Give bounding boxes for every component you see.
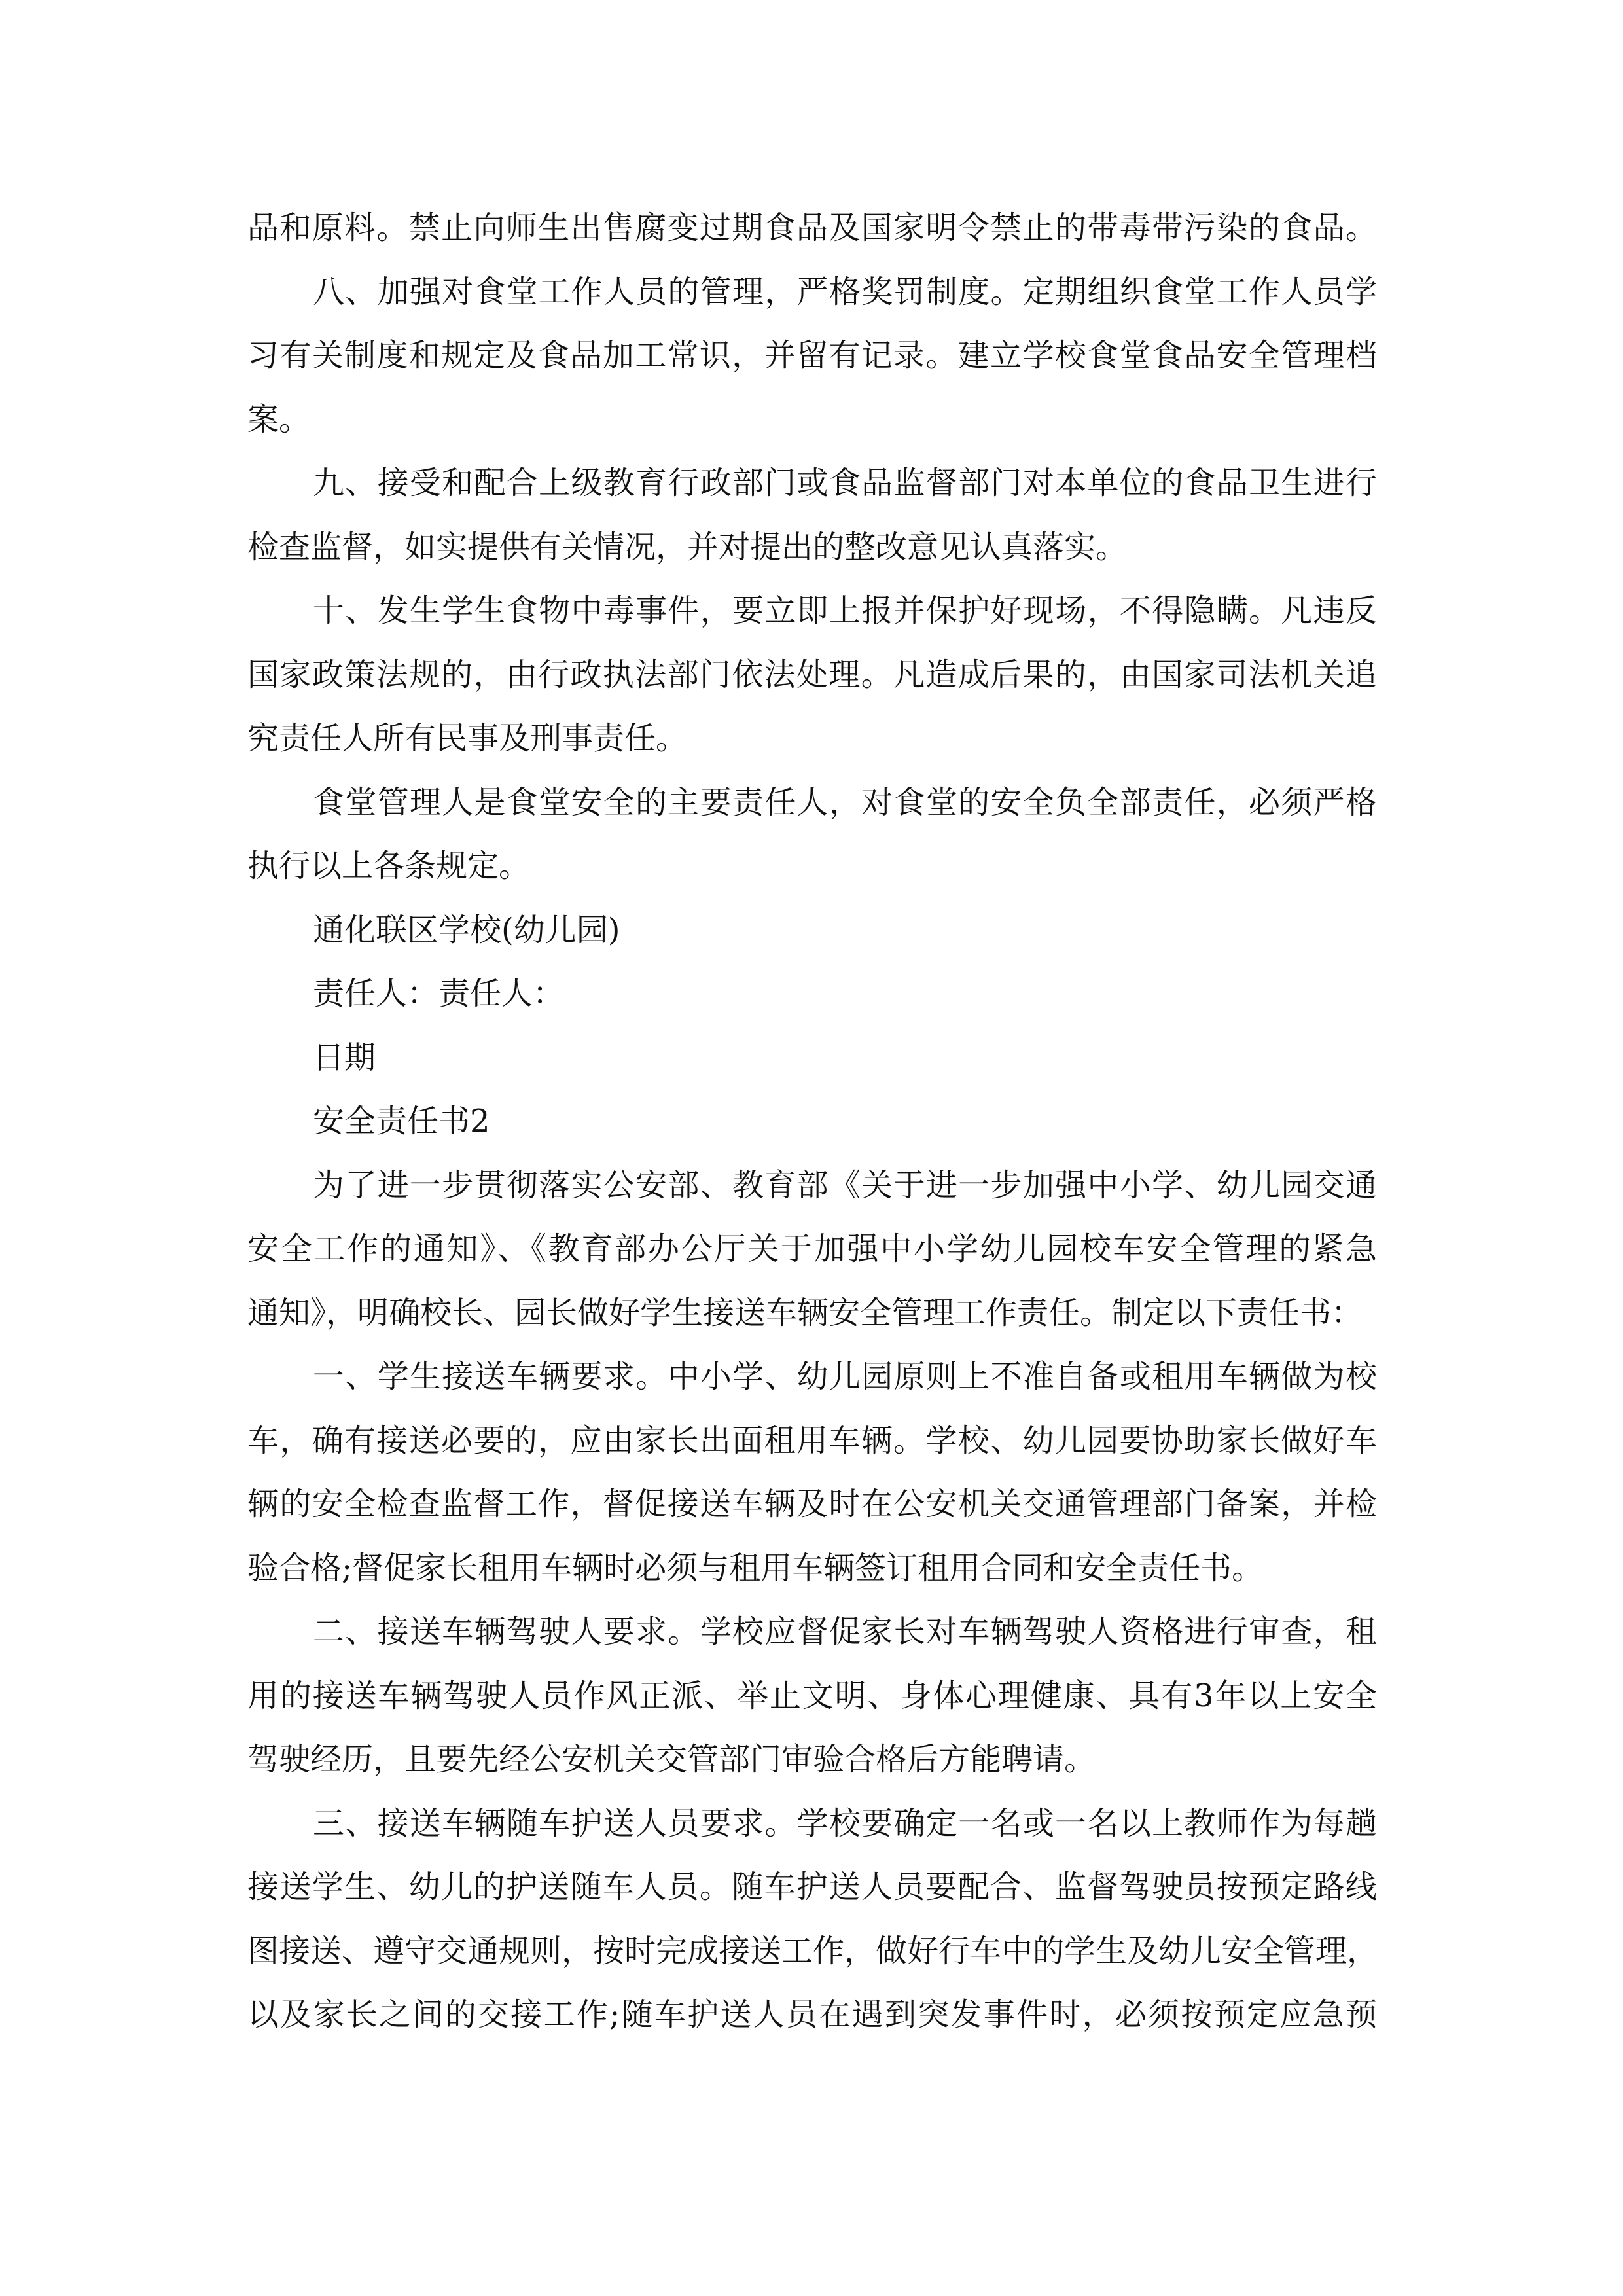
- text-line: 以及家长之间的交接工作;随车护送人员在遇到突发事件时，必须按预定应急预: [247, 1983, 1377, 2047]
- text-line: 接送学生、幼儿的护送随车人员。随车护送人员要配合、监督驾驶员按预定路线: [247, 1856, 1377, 1920]
- responsible-person-label: 责任人：责任人：: [247, 962, 1377, 1026]
- text-line: 食堂管理人是食堂安全的主要责任人，对食堂的安全负全部责任，必须严格: [247, 771, 1377, 835]
- text-line: 究责任人所有民事及刑事责任。: [247, 707, 1377, 771]
- text-line: 安全工作的通知》、《教育部办公厅关于加强中小学幼儿园校车安全管理的紧急: [247, 1217, 1377, 1282]
- text-line: 品和原料。禁止向师生出售腐变过期食品及国家明令禁止的带毒带污染的食品。: [247, 196, 1377, 260]
- text-line: 辆的安全检查监督工作，督促接送车辆及时在公安机关交通管理部门备案，并检: [247, 1473, 1377, 1537]
- text-line: 为了进一步贯彻落实公安部、教育部《关于进一步加强中小学、幼儿园交通: [247, 1154, 1377, 1218]
- text-line: 案。: [247, 388, 1377, 452]
- text-line: 用的接送车辆驾驶人员作风正派、举止文明、身体心理健康、具有3年以上安全: [247, 1664, 1377, 1729]
- text-line: 图接送、遵守交通规则，按时完成接送工作，做好行车中的学生及幼儿安全管理，: [247, 1920, 1377, 1984]
- text-line: 一、学生接送车辆要求。中小学、幼儿园原则上不准自备或租用车辆做为校: [247, 1345, 1377, 1409]
- text-line: 驾驶经历，且要先经公安机关交管部门审验合格后方能聘请。: [247, 1728, 1377, 1792]
- document-page: 品和原料。禁止向师生出售腐变过期食品及国家明令禁止的带毒带污染的食品。 八、加强…: [247, 196, 1377, 2047]
- text-line: 车，确有接送必要的，应由家长出面租用车辆。学校、幼儿园要协助家长做好车: [247, 1409, 1377, 1473]
- text-line: 验合格;督促家长租用车辆时必须与租用车辆签订租用合同和安全责任书。: [247, 1537, 1377, 1601]
- text-line: 十、发生学生食物中毒事件，要立即上报并保护好现场，不得隐瞒。凡违反: [247, 579, 1377, 643]
- section-title: 安全责任书2: [247, 1090, 1377, 1154]
- text-line: 检查监督，如实提供有关情况，并对提出的整改意见认真落实。: [247, 516, 1377, 580]
- text-line: 八、加强对食堂工作人员的管理，严格奖罚制度。定期组织食堂工作人员学: [247, 260, 1377, 325]
- text-line: 通知》，明确校长、园长做好学生接送车辆安全管理工作责任。制定以下责任书：: [247, 1282, 1377, 1346]
- text-line: 执行以上各条规定。: [247, 834, 1377, 899]
- text-line: 习有关制度和规定及食品加工常识，并留有记录。建立学校食堂食品安全管理档: [247, 324, 1377, 388]
- date-label: 日期: [247, 1026, 1377, 1090]
- school-name: 通化联区学校(幼儿园): [247, 899, 1377, 963]
- text-line: 三、接送车辆随车护送人员要求。学校要确定一名或一名以上教师作为每趟: [247, 1792, 1377, 1856]
- text-line: 国家政策法规的，由行政执法部门依法处理。凡造成后果的，由国家司法机关追: [247, 643, 1377, 708]
- text-line: 九、接受和配合上级教育行政部门或食品监督部门对本单位的食品卫生进行: [247, 452, 1377, 516]
- text-line: 二、接送车辆驾驶人要求。学校应督促家长对车辆驾驶人资格进行审查，租: [247, 1600, 1377, 1664]
